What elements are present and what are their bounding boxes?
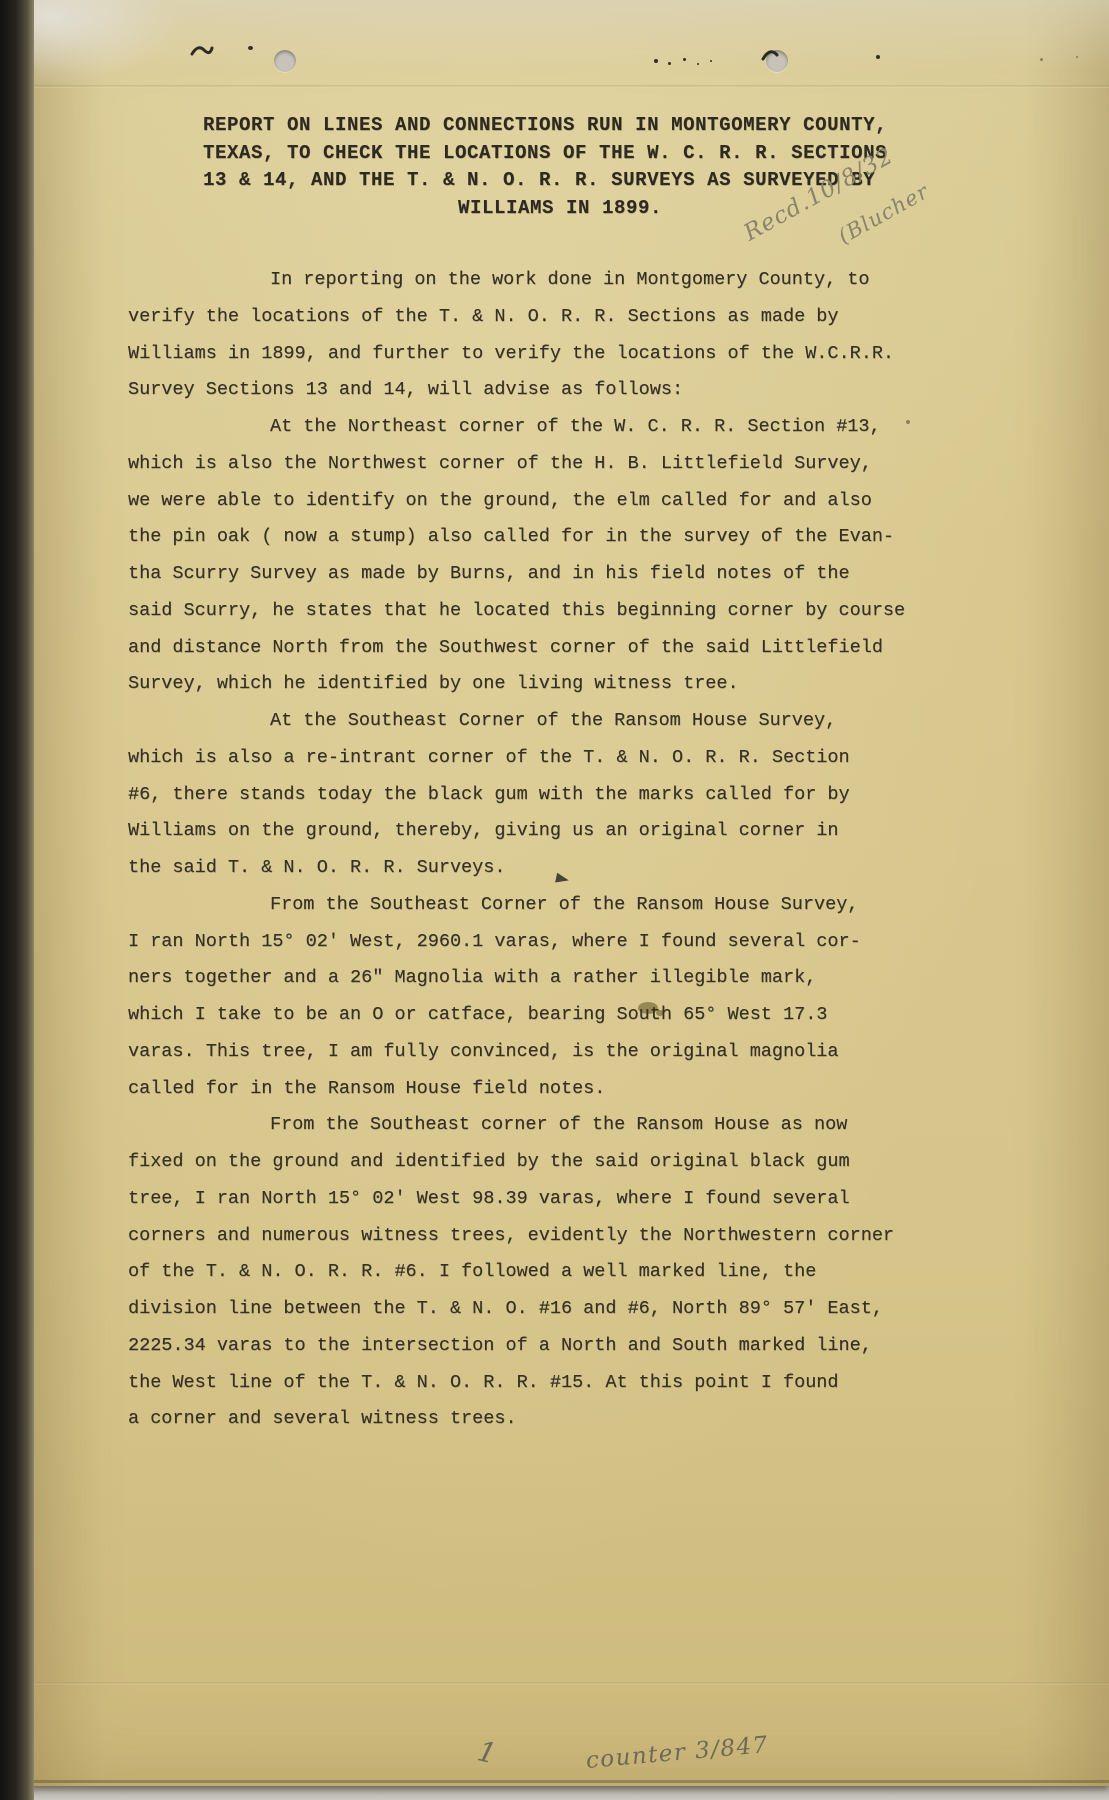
ink-speck (710, 60, 712, 62)
paragraph: From the Southeast Corner of the Ransom … (128, 887, 952, 1108)
paragraph: At the Northeast corner of the W. C. R. … (128, 409, 952, 703)
title-line: TEXAS, TO CHECK THE LOCATIONS OF THE W. … (203, 140, 917, 168)
fold-crease (30, 85, 1109, 88)
ink-speck (668, 62, 671, 65)
scan-corner-glare (30, 0, 180, 86)
ink-speck (683, 58, 686, 61)
ink-mark (190, 42, 214, 58)
scanner-bed (0, 1784, 1109, 1800)
scanned-page: REPORT ON LINES AND CONNECTIONS RUN IN M… (0, 0, 1109, 1800)
punch-hole (274, 50, 296, 72)
ink-speck (697, 63, 699, 65)
ink-mark (760, 45, 782, 63)
paragraph: In reporting on the work done in Montgom… (128, 262, 952, 409)
paragraph: At the Southeast Corner of the Ransom Ho… (128, 703, 952, 887)
paragraph: From the Southeast corner of the Ransom … (128, 1107, 952, 1438)
fold-crease (30, 1682, 1109, 1685)
ink-speck (248, 46, 253, 50)
title-line: REPORT ON LINES AND CONNECTIONS RUN IN M… (203, 112, 917, 140)
scan-edge-shadow (0, 0, 34, 1800)
ink-speck (1040, 58, 1043, 61)
paper-edge (30, 1780, 1109, 1783)
ink-speck (1076, 56, 1078, 58)
ink-speck (654, 59, 658, 63)
ink-speck (876, 55, 880, 59)
body-text: In reporting on the work done in Montgom… (128, 262, 952, 1438)
